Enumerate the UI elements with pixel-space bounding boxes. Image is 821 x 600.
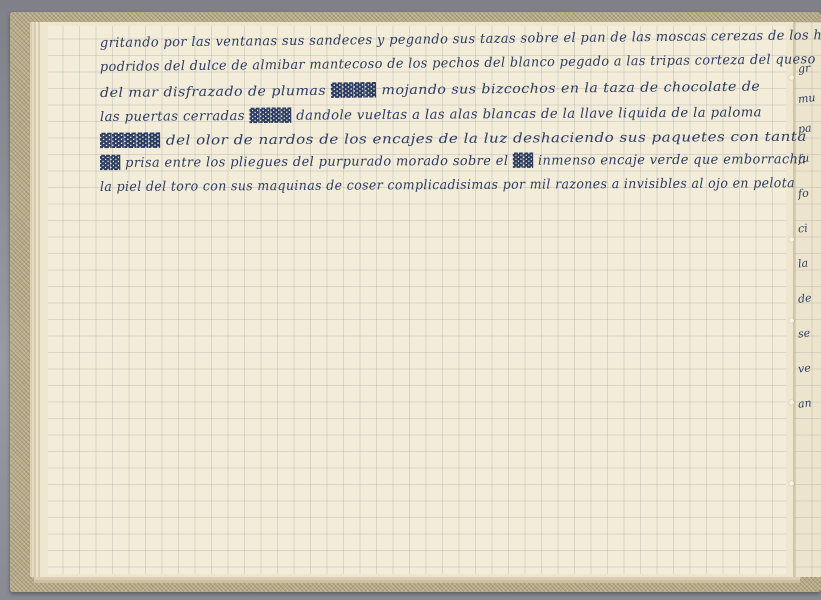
binding-hole [789,400,794,405]
binding-hole [789,481,794,486]
binding-hole [789,237,794,242]
facing-page-strip: gr mu pa fu fo ci la de se ve an [793,22,821,577]
binding-hole [789,318,794,323]
binding-hole [789,75,794,80]
